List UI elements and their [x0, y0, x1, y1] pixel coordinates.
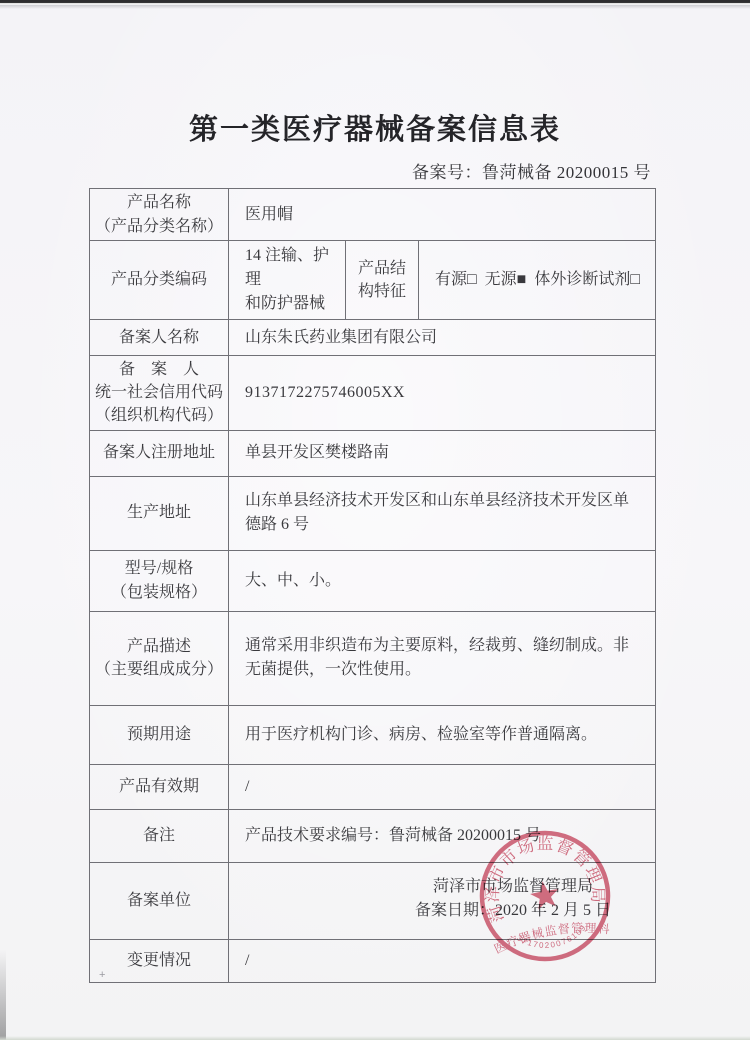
table-row: 备注 产品技术要求编号：鲁菏械备 20200015 号 — [90, 809, 656, 862]
credit-code-label2: 统一社会信用代码 — [94, 381, 224, 404]
model-spec-value: 大、中、小。 — [229, 550, 656, 611]
product-name-sublabel: （产品分类名称） — [94, 215, 224, 238]
validity-value: / — [229, 764, 656, 809]
intended-use-value: 用于医疗机构门诊、病房、检验室等作普通隔离。 — [229, 705, 656, 764]
table-row: 备案人注册地址 单县开发区樊楼路南 — [90, 430, 656, 476]
scanned-document: 第一类医疗器械备案信息表 备案号：鲁菏械备 20200015 号 产品名称 （产… — [0, 0, 750, 1040]
changes-value: / — [229, 939, 656, 982]
classification-code-line2: 和防护器械 — [245, 292, 333, 316]
document-title: 第一类医疗器械备案信息表 — [0, 107, 750, 148]
production-address-value: 山东单县经济技术开发区和山东单县经济技术开发区单德路 6 号 — [229, 476, 656, 550]
description-label1: 产品描述 — [94, 635, 224, 658]
scan-edge-bottom — [0, 1036, 750, 1040]
product-name-label: 产品名称 — [94, 191, 224, 214]
intended-use-label: 预期用途 — [90, 705, 229, 764]
scan-edge-left — [0, 950, 6, 1040]
filing-unit-label: 备案单位 — [90, 862, 229, 939]
filing-unit-value-cell: 菏泽市市场监督管理局 备案日期：2020 年 2 月 5 日 — [229, 862, 656, 939]
credit-code-label3: （组织机构代码） — [94, 404, 224, 427]
filing-info-table: 产品名称 （产品分类名称） 医用帽 产品分类编码 14 注输、护理 和防护器械 … — [89, 188, 656, 983]
registrant-name-label: 备案人名称 — [90, 320, 229, 356]
remarks-value: 产品技术要求编号：鲁菏械备 20200015 号 — [229, 809, 656, 862]
table-row: 生产地址 山东单县经济技术开发区和山东单县经济技术开发区单德路 6 号 — [90, 476, 656, 550]
model-spec-label2: （包装规格） — [94, 581, 224, 604]
table-row: 产品有效期 / — [90, 764, 656, 809]
validity-label: 产品有效期 — [90, 764, 229, 809]
table-row: 产品描述 （主要组成成分） 通常采用非织造布为主要原料，经裁剪、缝纫制成。非无菌… — [90, 611, 656, 705]
description-label-cell: 产品描述 （主要组成成分） — [90, 611, 229, 705]
credit-code-label-cell: 备 案 人 统一社会信用代码 （组织机构代码） — [90, 356, 229, 431]
model-spec-label-cell: 型号/规格 （包装规格） — [90, 550, 229, 611]
remarks-label: 备注 — [90, 809, 229, 862]
table-row: 备案人名称 山东朱氏药业集团有限公司 — [90, 320, 656, 356]
table-row: 备案单位 菏泽市市场监督管理局 备案日期：2020 年 2 月 5 日 — [90, 862, 656, 939]
product-name-label-cell: 产品名称 （产品分类名称） — [90, 189, 229, 241]
filing-date: 备案日期：2020 年 2 月 5 日 — [415, 899, 611, 923]
table-row: 型号/规格 （包装规格） 大、中、小。 — [90, 550, 656, 611]
filing-number: 备案号：鲁菏械备 20200015 号 — [89, 158, 655, 183]
product-name-value: 医用帽 — [229, 189, 656, 241]
structure-feature-checkboxes: 有源□ 无源■ 体外诊断试剂□ — [419, 241, 656, 320]
registered-address-label: 备案人注册地址 — [90, 430, 229, 476]
changes-label: 变更情况 — [90, 939, 229, 982]
table-row: 变更情况 / — [90, 939, 656, 982]
structure-feature-label1: 产品结 — [350, 257, 414, 280]
classification-code-cell: 14 注输、护理 和防护器械 — [229, 241, 346, 320]
scan-edge-top — [0, 0, 750, 9]
scan-artifact-mark: + — [99, 969, 105, 981]
model-spec-label1: 型号/规格 — [94, 557, 224, 580]
table-row: 产品名称 （产品分类名称） 医用帽 — [90, 189, 656, 241]
table-row: 备 案 人 统一社会信用代码 （组织机构代码） 9137172275746005… — [90, 356, 656, 431]
credit-code-value: 9137172275746005XX — [229, 356, 656, 431]
structure-feature-label2: 构特征 — [350, 280, 414, 303]
credit-code-label1: 备 案 人 — [94, 358, 224, 381]
filing-unit-block: 菏泽市市场监督管理局 备案日期：2020 年 2 月 5 日 — [415, 875, 611, 923]
structure-feature-label-cell: 产品结 构特征 — [346, 241, 419, 320]
classification-label: 产品分类编码 — [90, 241, 229, 320]
table-row: 产品分类编码 14 注输、护理 和防护器械 产品结 构特征 有源□ 无源■ 体外… — [90, 241, 656, 320]
table-row: 预期用途 用于医疗机构门诊、病房、检验室等作普通隔离。 — [90, 705, 656, 764]
registrant-name-value: 山东朱氏药业集团有限公司 — [229, 320, 656, 356]
classification-code-line1: 14 注输、护理 — [245, 244, 333, 292]
production-address-label: 生产地址 — [90, 476, 229, 550]
filing-authority: 菏泽市市场监督管理局 — [415, 875, 611, 899]
description-value: 通常采用非织造布为主要原料，经裁剪、缝纫制成。非无菌提供，一次性使用。 — [229, 611, 656, 705]
description-label2: （主要组成成分） — [94, 658, 224, 681]
registered-address-value: 单县开发区樊楼路南 — [229, 430, 656, 476]
